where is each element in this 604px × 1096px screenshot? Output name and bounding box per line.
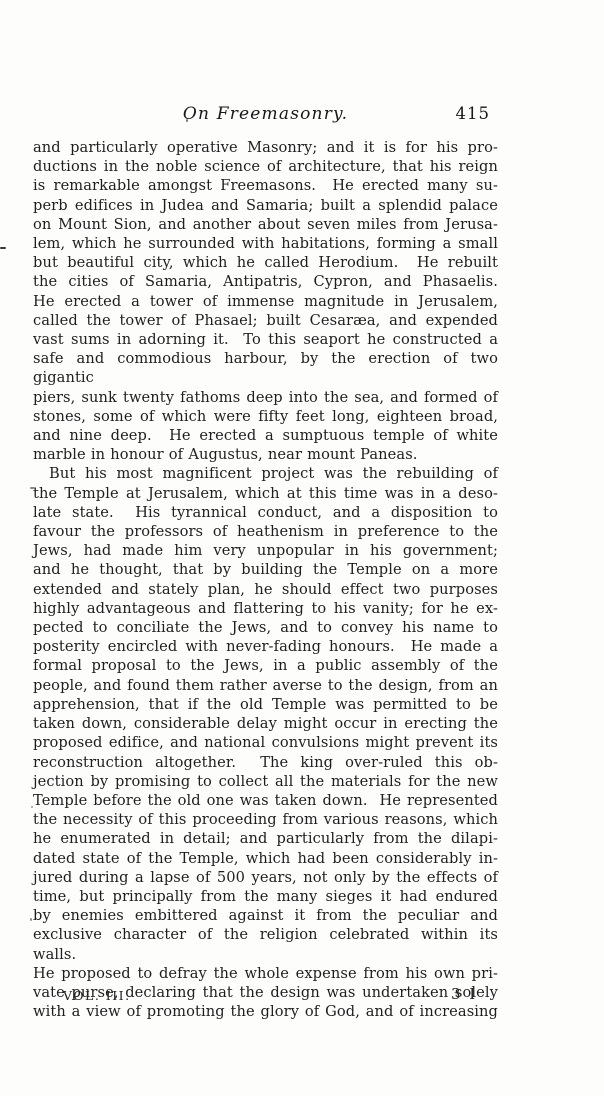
paragraph: and particularly operative Masonry; and … (33, 138, 498, 464)
text-line: ductions in the noble science of archite… (33, 157, 498, 176)
text-line: time, but principally from the many sieg… (33, 887, 498, 906)
text-line: reconstruction altogether. The king over… (33, 753, 498, 772)
book-page: On Freemasonry. 415 and particularly ope… (0, 0, 604, 1096)
text-line: vast sums in adorning it. To this seapor… (33, 330, 498, 349)
scan-artifact (31, 806, 33, 808)
text-line: late state. His tyrannical conduct, and … (33, 503, 498, 522)
body-text: and particularly operative Masonry; and … (33, 138, 498, 1021)
text-line: taken down, considerable delay might occ… (33, 714, 498, 733)
text-line: favour the professors of heathenism in p… (33, 522, 498, 541)
text-line: perb edifices in Judea and Samaria; buil… (33, 196, 498, 215)
text-line: formal proposal to the Jews, in a public… (33, 656, 498, 675)
text-line: with a view of promoting the glory of Go… (33, 1002, 498, 1021)
page-number: 415 (456, 104, 491, 123)
text-line: stones, some of which were fifty feet lo… (33, 407, 498, 426)
text-line: called the tower of Phasael; built Cesar… (33, 311, 498, 330)
text-line: he enumerated in detail; and particularl… (33, 829, 498, 848)
text-line: the cities of Samaria, Antipatris, Cypro… (33, 272, 498, 291)
text-line: the necessity of this proceeding from va… (33, 810, 498, 829)
page-footer: VOL. III. 3 I (33, 985, 498, 1005)
text-line: safe and commodious harbour, by the erec… (33, 349, 498, 387)
text-line: apprehension, that if the old Temple was… (33, 695, 498, 714)
text-line: Jews, had made him very unpopular in his… (33, 541, 498, 560)
text-line: is remarkable amongst Freemasons. He ere… (33, 176, 498, 195)
text-line: But his most magnificent project was the… (33, 464, 498, 483)
text-line: but beautiful city, which he called Hero… (33, 253, 498, 272)
volume-label: VOL. III. (63, 988, 131, 1003)
text-line: piers, sunk twenty fathoms deep into the… (33, 388, 498, 407)
text-line: on Mount Sion, and another about seven m… (33, 215, 498, 234)
text-line: posterity encircled with never-fading ho… (33, 637, 498, 656)
text-line: extended and stately plan, he should eff… (33, 580, 498, 599)
text-line: marble in honour of Augustus, near mount… (33, 445, 498, 464)
text-line: the Temple at Jerusalem, which at this t… (33, 484, 498, 503)
text-line: people, and found them rather averse to … (33, 676, 498, 695)
scan-artifact (186, 119, 188, 122)
text-line: highly advantageous and flattering to hi… (33, 599, 498, 618)
scan-artifact (0, 247, 6, 249)
text-line: by enemies embittered against it from th… (33, 906, 498, 925)
text-line: and he thought, that by building the Tem… (33, 560, 498, 579)
signature-mark: 3 I (451, 985, 477, 1003)
text-line: dated state of the Temple, which had bee… (33, 849, 498, 868)
text-line: jection by promising to collect all the … (33, 772, 498, 791)
scan-artifact (30, 918, 32, 921)
page-header: On Freemasonry. 415 (33, 104, 498, 126)
text-line: He proposed to defray the whole expense … (33, 964, 498, 983)
text-line: and particularly operative Masonry; and … (33, 138, 498, 157)
text-line: jured during a lapse of 500 years, not o… (33, 868, 498, 887)
paragraph: But his most magnificent project was the… (33, 464, 498, 1021)
text-line: Temple before the old one was taken down… (33, 791, 498, 810)
text-line: exclusive character of the religion cele… (33, 925, 498, 963)
text-line: He erected a tower of immense magnitude … (33, 292, 498, 311)
text-line: proposed edifice, and national convulsio… (33, 733, 498, 752)
text-line: pected to conciliate the Jews, and to co… (33, 618, 498, 637)
running-title: On Freemasonry. (33, 104, 498, 124)
text-line: and nine deep. He erected a sumptuous te… (33, 426, 498, 445)
scan-artifact (30, 487, 35, 489)
text-line: lem, which he surrounded with habitation… (33, 234, 498, 253)
